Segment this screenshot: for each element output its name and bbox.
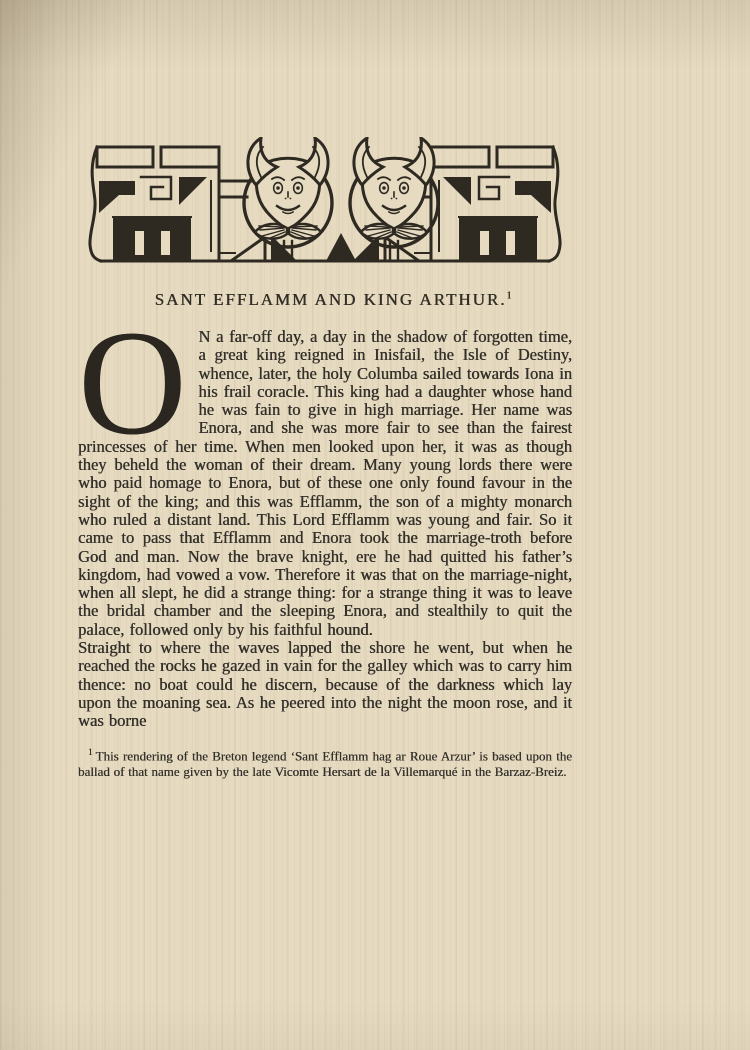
paragraph-1: ON a far-off day, a day in the shadow of… bbox=[78, 328, 572, 639]
story-text: ON a far-off day, a day in the shadow of… bbox=[78, 328, 572, 731]
chapter-title: SANT EFFLAMM AND KING ARTHUR.1 bbox=[86, 290, 580, 310]
triangle-outline-icon bbox=[231, 237, 265, 261]
maze-panel-icon bbox=[90, 147, 219, 261]
footnote-text: This rendering of the Breton legend ‘San… bbox=[78, 748, 572, 779]
book-page: SANT EFFLAMM AND KING ARTHUR.1 ON a far-… bbox=[0, 0, 750, 1050]
triangle-icon bbox=[326, 233, 356, 261]
paragraph-2-text: Straight to where the waves lapped the s… bbox=[78, 638, 572, 730]
footnote-marker: 1 bbox=[88, 747, 93, 757]
maze-panel-icon bbox=[431, 147, 560, 261]
footnote-reference: 1 bbox=[506, 290, 511, 301]
celtic-imp-headpiece-icon bbox=[85, 137, 565, 263]
header-ornament bbox=[85, 137, 565, 263]
dropcap-letter: O bbox=[78, 330, 186, 436]
footnote: 1This rendering of the Breton legend ‘Sa… bbox=[78, 744, 572, 781]
chapter-title-text: SANT EFFLAMM AND KING ARTHUR. bbox=[155, 290, 507, 309]
paragraph-2: Straight to where the waves lapped the s… bbox=[78, 639, 572, 730]
